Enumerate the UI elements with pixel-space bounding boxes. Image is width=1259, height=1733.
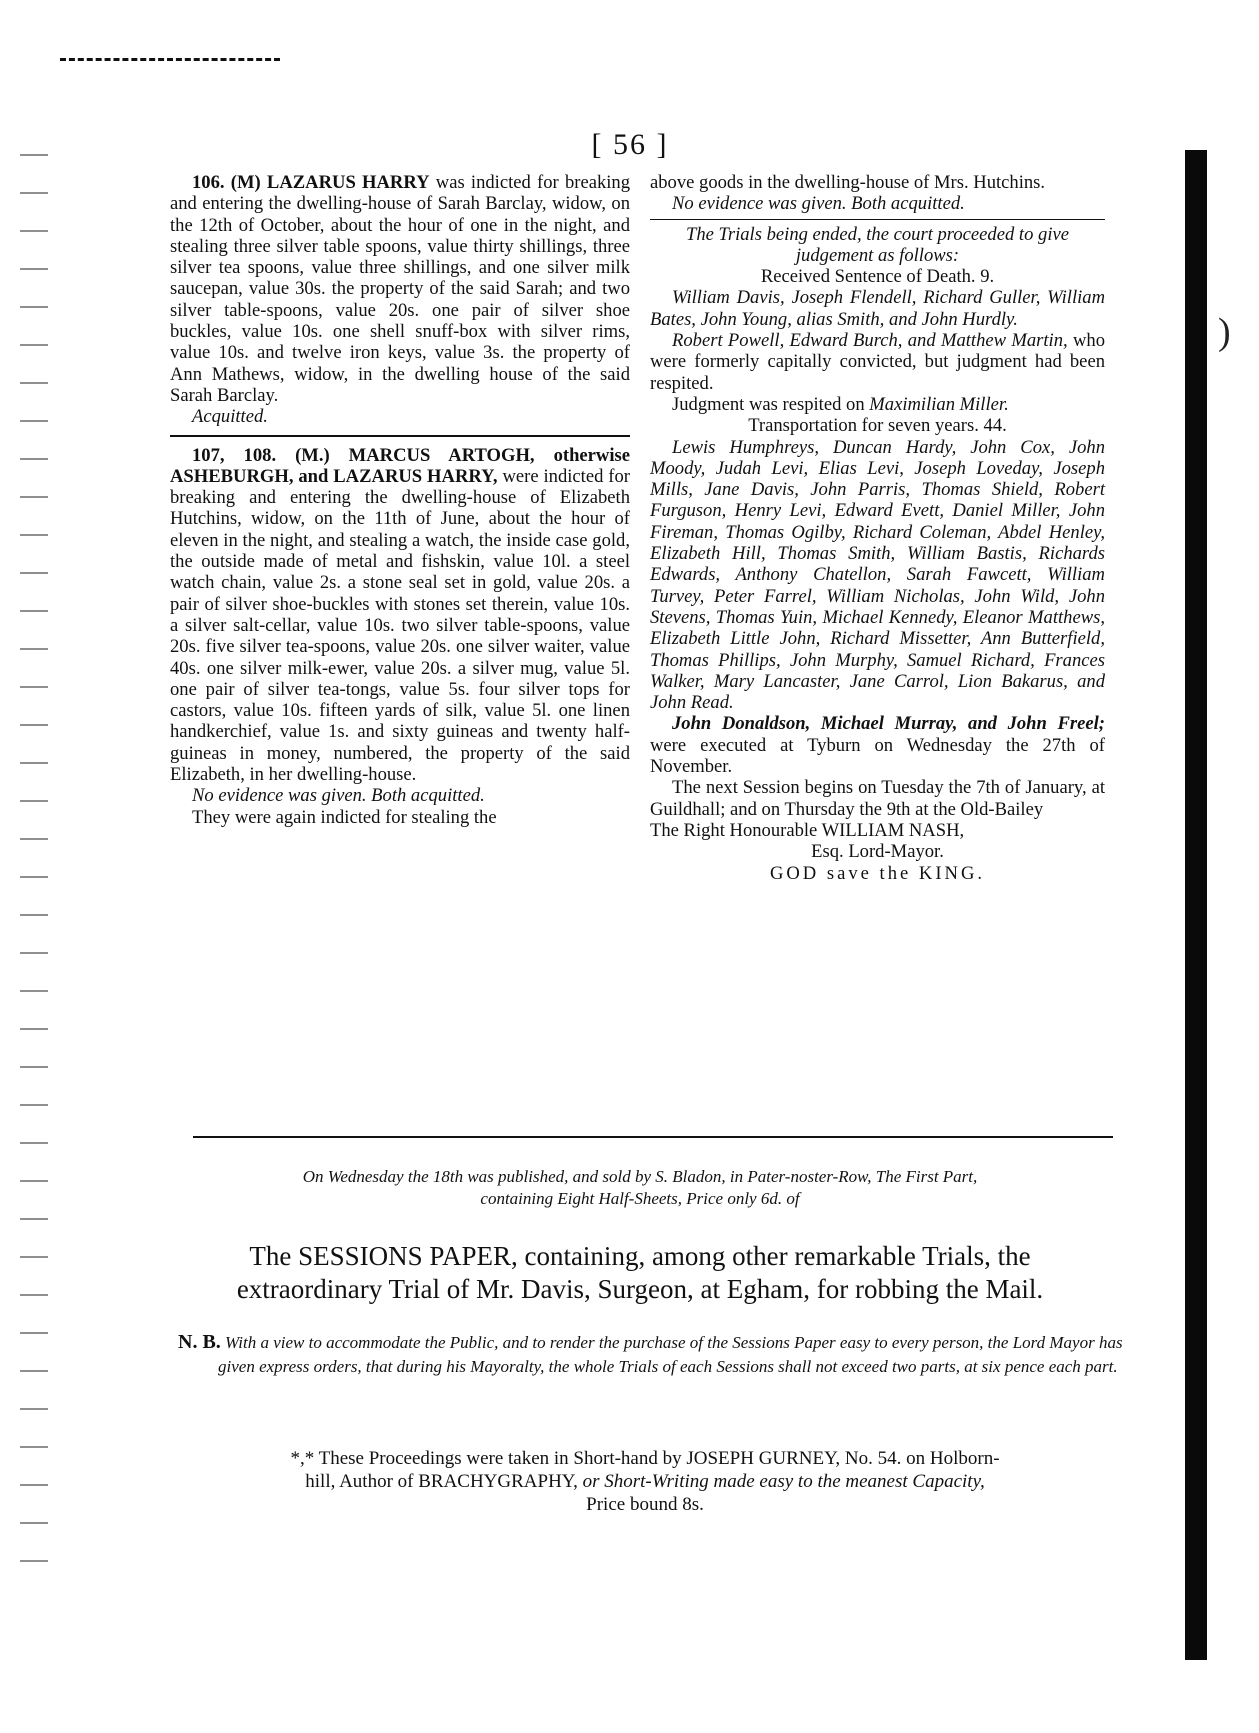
god-save-the-king: GOD save the KING.: [650, 863, 1105, 884]
transport-heading: Transportation for seven years. 44.: [650, 415, 1105, 436]
judgment-respited-name: Maximilian Miller.: [869, 394, 1008, 415]
continuation-text: above goods in the dwelling-house of Mrs…: [650, 172, 1105, 193]
scan-margin-mark: ): [1218, 310, 1231, 354]
footnote-line1: *,* These Proceedings were taken in Shor…: [165, 1447, 1125, 1470]
executed-text: were executed at Tyburn on Wednesday the…: [650, 735, 1105, 777]
case-107-108-text: were indicted for breaking and entering …: [170, 466, 630, 785]
right-column: above goods in the dwelling-house of Mrs…: [650, 172, 1105, 884]
respited-names: Robert Powell, Edward Burch, and Matthew…: [672, 330, 1068, 351]
case-106: 106. (M) LAZARUS HARRY was indicted for …: [170, 172, 630, 406]
footnote: *,* These Proceedings were taken in Shor…: [165, 1447, 1125, 1516]
case-107-108: 107, 108. (M.) MARCUS ARTOGH, otherwise …: [170, 445, 630, 786]
footnote-line1-text: These Proceedings were taken in Short-ha…: [314, 1448, 999, 1469]
footnote-line2a: hill, Author of BRACHYGRAPHY,: [305, 1471, 582, 1492]
advertisement-intro: On Wednesday the 18th was published, and…: [160, 1166, 1120, 1210]
footnote-line3: Price bound 8s.: [165, 1493, 1125, 1516]
advertisement-title: The SESSIONS PAPER, containing, among ot…: [160, 1240, 1120, 1306]
next-session: The next Session begins on Tuesday the 7…: [650, 777, 1105, 820]
asterism-icon: *,*: [290, 1448, 314, 1469]
judgment-respited-text: Judgment was respited on: [672, 394, 869, 415]
advertisement-line1: On Wednesday the 18th was published, and…: [160, 1166, 1120, 1188]
footnote-line2b: or Short-Writing made easy to the meanes…: [583, 1471, 985, 1492]
respited: Robert Powell, Edward Burch, and Matthew…: [650, 330, 1105, 394]
left-column: 106. (M) LAZARUS HARRY was indicted for …: [170, 172, 630, 828]
scan-binding-bar: [1185, 150, 1207, 1660]
advertisement-title-line2: extraordinary Trial of Mr. Davis, Surgeo…: [160, 1273, 1120, 1306]
scan-edge-artifact: [20, 140, 48, 1580]
executed-names: John Donaldson, Michael Murray, and John…: [672, 713, 1105, 734]
scan-top-rule: [60, 58, 280, 61]
nb-text: With a view to accommodate the Public, a…: [218, 1333, 1123, 1376]
case-106-text: was indicted for breaking and entering t…: [170, 172, 630, 406]
advertisement-title-line1: The SESSIONS PAPER, containing, among ot…: [160, 1240, 1120, 1273]
case-106-verdict: Acquitted.: [170, 406, 630, 427]
page-divider: [193, 1136, 1113, 1138]
page-number: [ 56 ]: [560, 128, 700, 162]
transport-names: Lewis Humphreys, Duncan Hardy, John Cox,…: [650, 437, 1105, 714]
trials-ended: The Trials being ended, the court procee…: [650, 224, 1105, 267]
lord-mayor-line1: The Right Honourable WILLIAM NASH,: [650, 820, 1105, 841]
lord-mayor-line2: Esq. Lord-Mayor.: [650, 841, 1105, 862]
footnote-line2: hill, Author of BRACHYGRAPHY, or Short-W…: [165, 1470, 1125, 1493]
executed: John Donaldson, Michael Murray, and John…: [650, 713, 1105, 777]
advertisement-line2: containing Eight Half-Sheets, Price only…: [160, 1188, 1120, 1210]
section-divider: [650, 219, 1105, 220]
section-divider: [170, 435, 630, 437]
verdict: No evidence was given. Both acquitted.: [650, 193, 1105, 214]
nb-lead: N. B.: [178, 1331, 221, 1353]
death-names: William Davis, Joseph Flendell, Richard …: [650, 287, 1105, 330]
case-107-108-continuation: They were again indicted for stealing th…: [170, 807, 630, 828]
judgment-respited: Judgment was respited on Maximilian Mill…: [650, 394, 1105, 415]
case-106-heading: 106. (M) LAZARUS HARRY: [192, 172, 430, 193]
nota-bene: N. B. With a view to accommodate the Pub…: [178, 1330, 1158, 1379]
death-heading: Received Sentence of Death. 9.: [650, 266, 1105, 287]
case-107-108-verdict: No evidence was given. Both acquitted.: [170, 785, 630, 806]
